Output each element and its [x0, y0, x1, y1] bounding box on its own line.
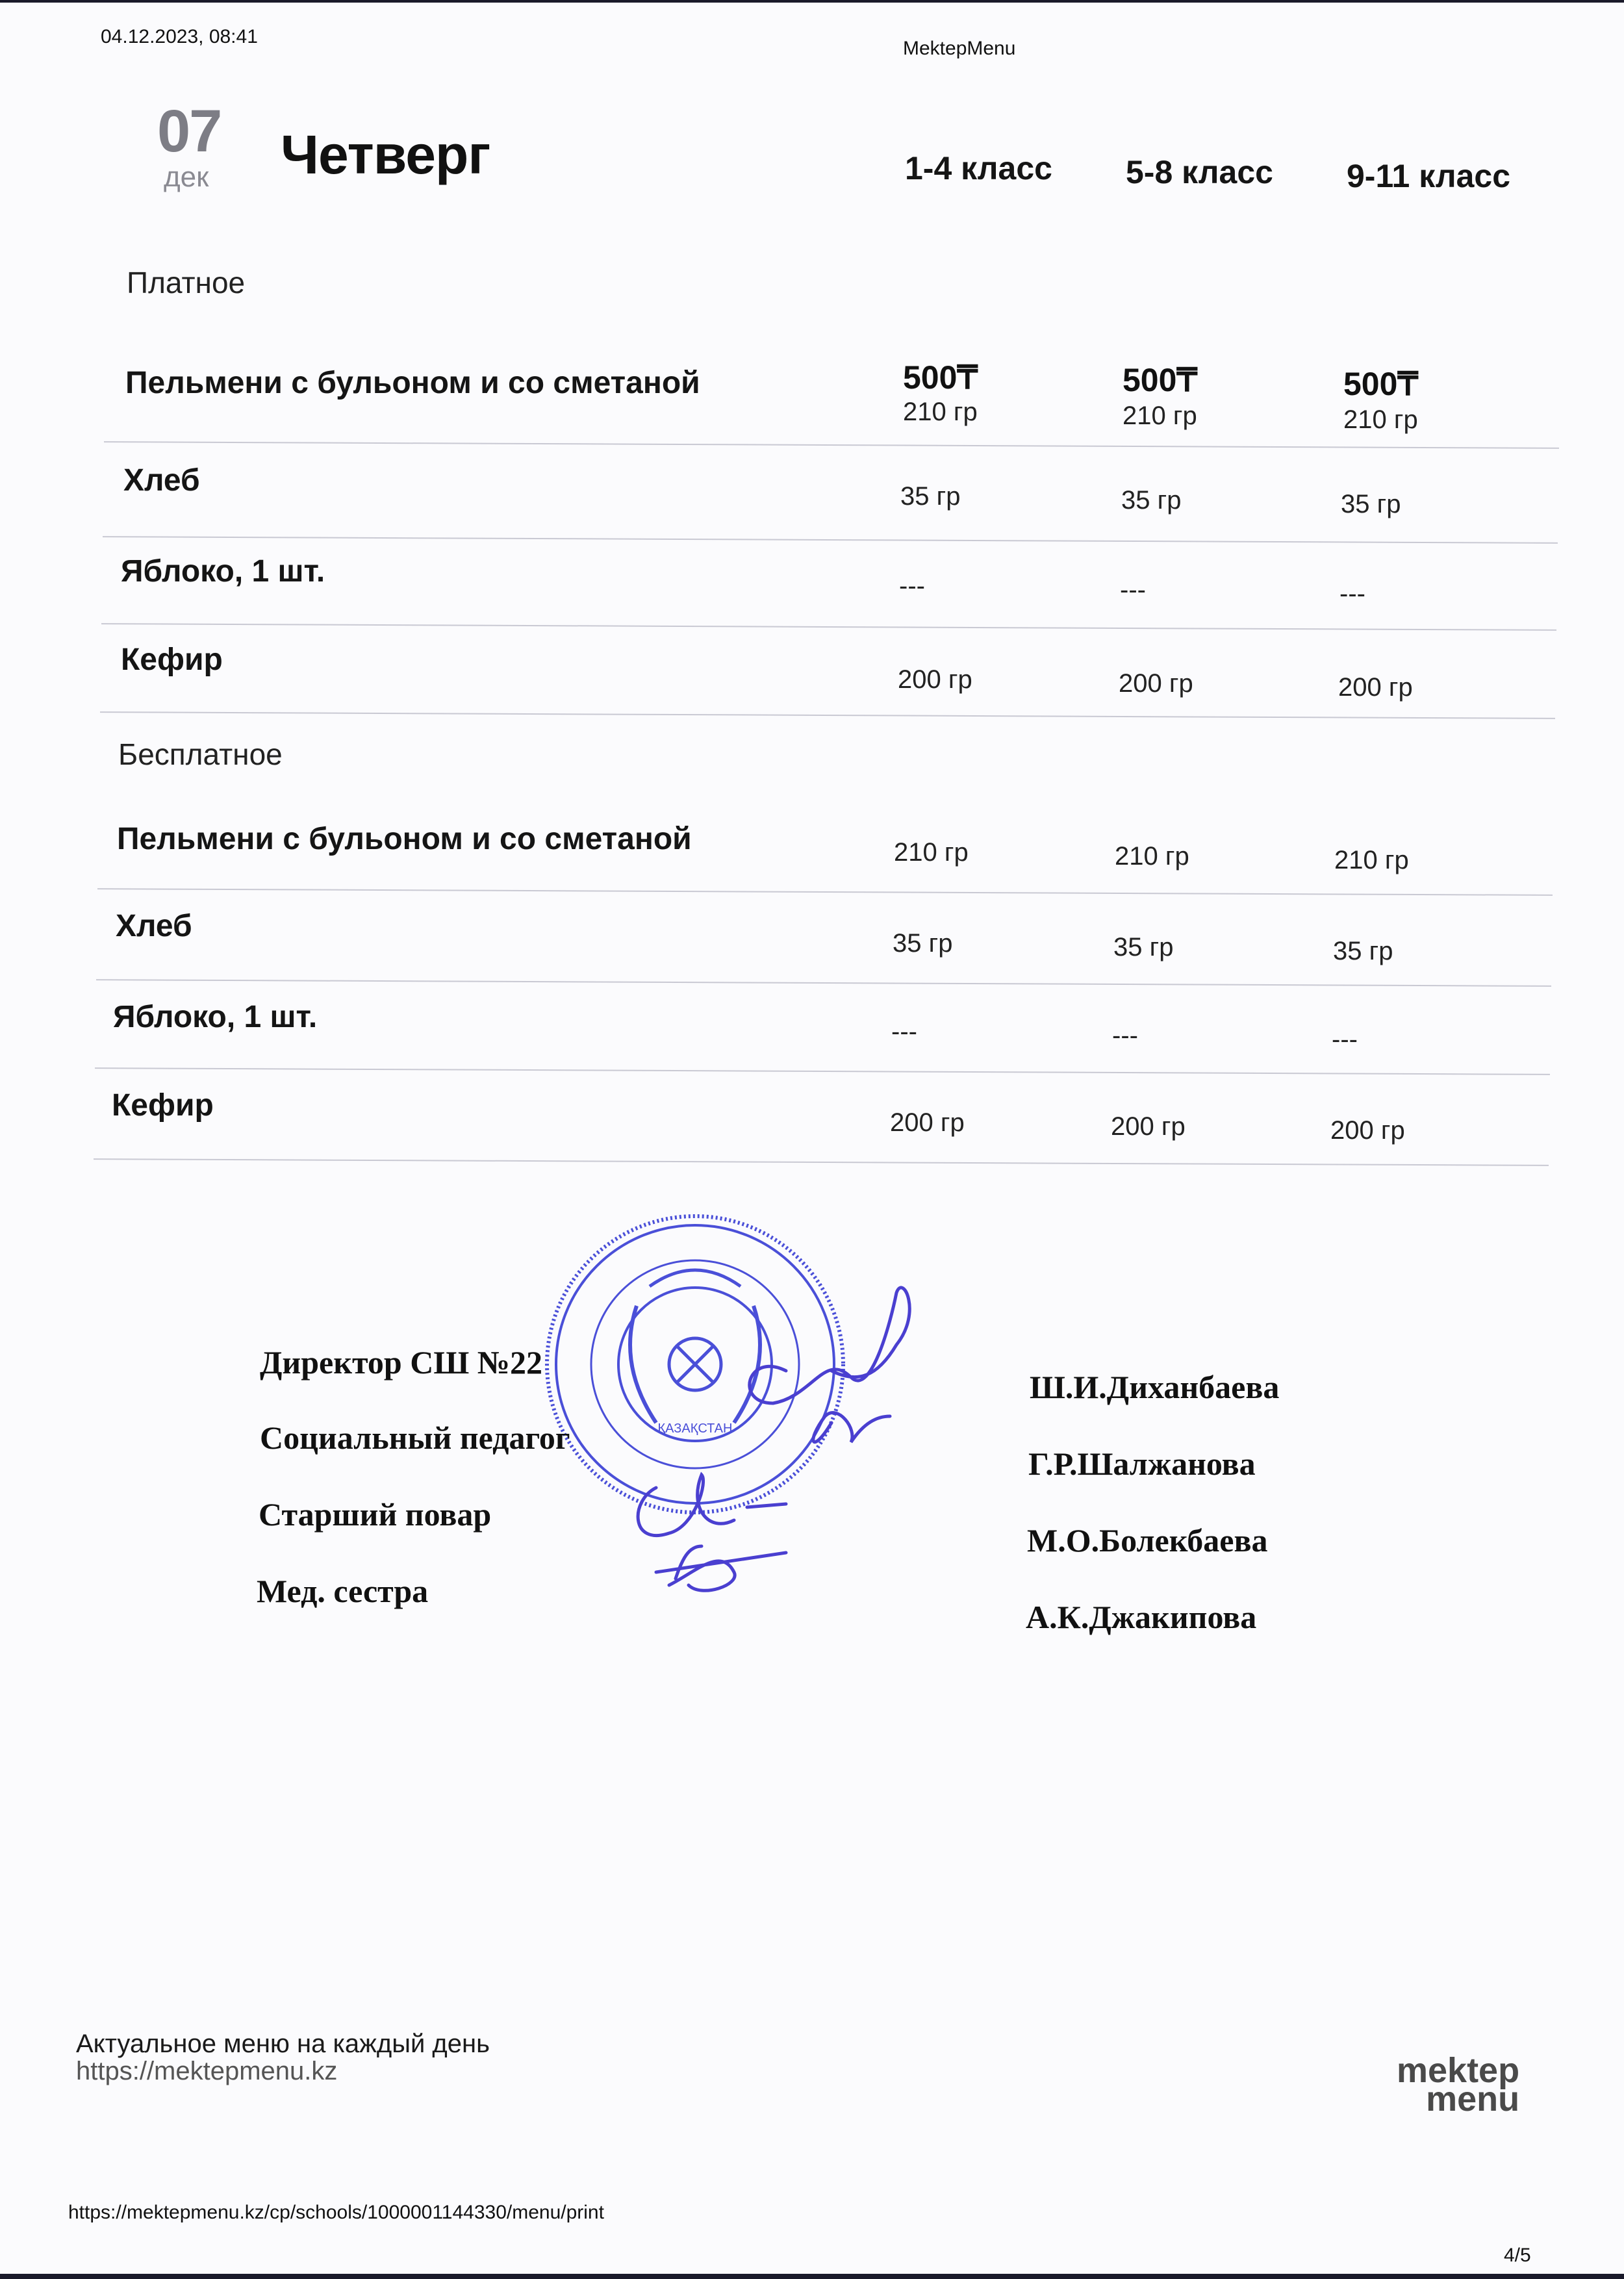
dish-weight: --- [1112, 1021, 1138, 1050]
footer-tagline: Актуальное меню на каждый день [76, 2030, 490, 2059]
dish-weight: 210 гр [1123, 401, 1197, 431]
column-header-grade-1-4: 1-4 класс [905, 149, 1052, 187]
dish-name: Яблоко, 1 шт. [113, 999, 317, 1035]
signature-role: Мед. сестра [257, 1572, 428, 1610]
print-page-title: MektepMenu [903, 38, 1015, 60]
row-divider [103, 536, 1558, 544]
print-datetime: 04.12.2023, 08:41 [101, 26, 258, 48]
weekday-title: Четверг [281, 123, 490, 186]
signature-role: Директор СШ №22 [260, 1343, 542, 1381]
dish-weight: 210 гр [903, 398, 978, 427]
dish-name: Пельмени с бульоном и со сметаной [117, 821, 692, 857]
dish-weight: --- [891, 1017, 917, 1047]
dish-name: Хлеб [116, 908, 192, 944]
row-divider [95, 1067, 1550, 1075]
dish-name: Пельмени с бульоном и со сметаной [125, 365, 700, 401]
dish-weight: 210 гр [1115, 842, 1189, 871]
dish-weight: --- [899, 572, 925, 601]
signature-role: Старший повар [259, 1496, 491, 1533]
dish-weight: 210 гр [1343, 405, 1418, 435]
dish-weight: 200 гр [1119, 669, 1193, 698]
dish-weight: 200 гр [890, 1108, 965, 1138]
signature-name: Г.Р.Шалжанова [1028, 1445, 1256, 1483]
section-title-paid: Платное [127, 265, 245, 300]
dish-name: Кефир [112, 1088, 214, 1123]
row-divider [96, 979, 1551, 987]
scan-edge-bottom [0, 2274, 1624, 2279]
dish-weight: 35 гр [900, 482, 960, 511]
dish-weight: --- [1339, 579, 1365, 609]
dish-weight: 200 гр [1338, 673, 1413, 702]
signature-name: А.К.Джакипова [1026, 1598, 1256, 1636]
mektepmenu-logo: mektep menu [1397, 2056, 1519, 2113]
day-month: дек [164, 161, 209, 194]
dish-weight: 35 гр [1121, 486, 1181, 515]
print-url: https://mektepmenu.kz/cp/schools/1000001… [68, 2202, 604, 2224]
signature-name: Ш.И.Диханбаева [1030, 1368, 1279, 1406]
dish-weight: 35 гр [893, 929, 952, 958]
scan-edge-top [0, 0, 1624, 3]
dish-name: Кефир [121, 642, 223, 678]
dish-weight: 200 гр [1111, 1112, 1186, 1141]
dish-weight: 200 гр [1330, 1116, 1405, 1145]
dish-price: 500₸ [903, 359, 978, 396]
column-header-grade-5-8: 5-8 класс [1126, 153, 1273, 191]
signature-role: Социальный педагог [260, 1419, 570, 1457]
dish-weight: --- [1120, 576, 1146, 605]
dish-weight: 200 гр [898, 665, 972, 694]
row-divider [97, 888, 1553, 896]
day-number: 07 [157, 97, 221, 166]
dish-weight: 210 гр [894, 838, 969, 867]
dish-weight: 35 гр [1113, 933, 1173, 962]
signature-name: М.О.Болекбаева [1027, 1521, 1267, 1559]
page-number: 4/5 [1504, 2245, 1531, 2267]
row-divider [94, 1158, 1549, 1166]
dish-weight: 35 гр [1333, 937, 1393, 966]
dish-weight: 35 гр [1341, 490, 1401, 519]
footer-site-link[interactable]: https://mektepmenu.kz [76, 2057, 337, 2086]
dish-weight: 210 гр [1334, 846, 1409, 875]
dish-weight: --- [1332, 1025, 1358, 1054]
handwritten-signatures [617, 1273, 981, 1637]
dish-name: Яблоко, 1 шт. [121, 554, 325, 589]
column-header-grade-9-11: 9-11 класс [1347, 157, 1510, 195]
row-divider [101, 623, 1556, 631]
dish-price: 500₸ [1123, 361, 1197, 399]
row-divider [100, 711, 1555, 719]
row-divider [104, 441, 1559, 449]
dish-name: Хлеб [123, 463, 200, 498]
dish-price: 500₸ [1343, 365, 1418, 403]
section-title-free: Бесплатное [118, 737, 283, 772]
